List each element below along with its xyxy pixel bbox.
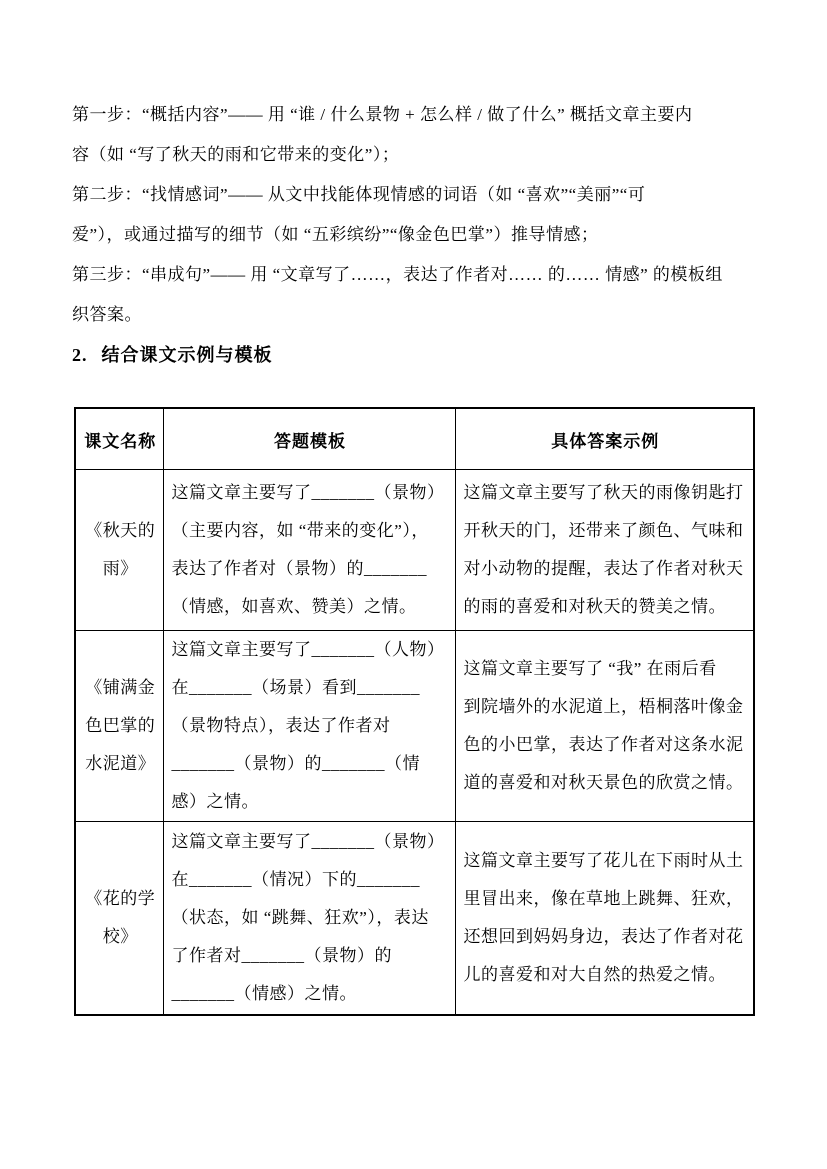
lesson-title-line: 《秋天的 xyxy=(84,512,157,550)
step-3-line-2: 织答案。 xyxy=(72,295,757,335)
template-line: 这篇文章主要写了_______（景物） xyxy=(172,474,449,512)
header-answer-template: 答题模板 xyxy=(163,408,455,470)
lesson-title-line: 校》 xyxy=(84,918,157,956)
table-row: 《铺满金 色巴掌的 水泥道》 这篇文章主要写了_______（人物） 在____… xyxy=(75,631,754,822)
template-cell: 这篇文章主要写了_______（景物） 在_______（情况）下的______… xyxy=(163,822,455,1016)
step-3-line-1: 第三步：“串成句”—— 用 “文章写了……，表达了作者对…… 的…… 情感” 的… xyxy=(72,255,757,295)
table-row: 《秋天的 雨》 这篇文章主要写了_______（景物） （主要内容，如 “带来的… xyxy=(75,470,754,631)
step-paragraph-3: 第三步：“串成句”—— 用 “文章写了……，表达了作者对…… 的…… 情感” 的… xyxy=(72,255,757,335)
examples-table: 课文名称 答题模板 具体答案示例 《秋天的 雨》 这篇文章主要写了_______… xyxy=(74,407,755,1016)
template-line: _______（情感）之情。 xyxy=(172,975,449,1013)
template-cell: 这篇文章主要写了_______（人物） 在_______（场景）看到______… xyxy=(163,631,455,822)
template-line: 在_______（情况）下的_______ xyxy=(172,861,449,899)
section-heading: 2.结合课文示例与模板 xyxy=(72,335,757,375)
lesson-title-line: 雨》 xyxy=(84,550,157,588)
step-2-line-1: 第二步：“找情感词”—— 从文中找能体现情感的词语（如 “喜欢”“美丽”“可 xyxy=(72,175,757,215)
template-line: （状态，如 “跳舞、狂欢”），表达 xyxy=(172,899,449,937)
template-cell: 这篇文章主要写了_______（景物） （主要内容，如 “带来的变化”）， 表达… xyxy=(163,470,455,631)
example-cell: 这篇文章主要写了 “我” 在雨后看 到院墙外的水泥道上，梧桐落叶像金 色的小巴掌… xyxy=(455,631,754,822)
section-heading-number: 2. xyxy=(72,335,88,375)
step-paragraph-1: 第一步：“概括内容”—— 用 “谁 / 什么景物 + 怎么样 / 做了什么” 概… xyxy=(72,95,757,175)
example-line: 到院墙外的水泥道上，梧桐落叶像金 xyxy=(464,688,748,726)
lesson-title-cell: 《花的学 校》 xyxy=(75,822,163,1016)
step-paragraph-2: 第二步：“找情感词”—— 从文中找能体现情感的词语（如 “喜欢”“美丽”“可 爱… xyxy=(72,175,757,255)
step-1-line-1: 第一步：“概括内容”—— 用 “谁 / 什么景物 + 怎么样 / 做了什么” 概… xyxy=(72,95,757,135)
example-line: 这篇文章主要写了花儿在下雨时从土 xyxy=(464,842,748,880)
example-line: 色的小巴掌，表达了作者对这条水泥 xyxy=(464,726,748,764)
lesson-title-cell: 《铺满金 色巴掌的 水泥道》 xyxy=(75,631,163,822)
header-answer-example: 具体答案示例 xyxy=(455,408,754,470)
template-line: （主要内容，如 “带来的变化”）， xyxy=(172,512,449,550)
document-page: 第一步：“概括内容”—— 用 “谁 / 什么景物 + 怎么样 / 做了什么” 概… xyxy=(0,0,827,1016)
template-line: _______（景物）的_______（情 xyxy=(172,745,449,783)
template-line: 在_______（场景）看到_______ xyxy=(172,669,449,707)
template-line: 了作者对_______（景物）的 xyxy=(172,937,449,975)
example-line: 这篇文章主要写了秋天的雨像钥匙打 xyxy=(464,474,748,512)
example-line: 儿的喜爱和对大自然的热爱之情。 xyxy=(464,956,748,994)
template-line: （情感，如喜欢、赞美）之情。 xyxy=(172,588,449,626)
template-line: 这篇文章主要写了_______（人物） xyxy=(172,631,449,669)
section-heading-text: 结合课文示例与模板 xyxy=(102,345,273,365)
lesson-title-line: 《铺满金 xyxy=(84,669,157,707)
lesson-title-line: 色巴掌的 xyxy=(84,707,157,745)
example-cell: 这篇文章主要写了花儿在下雨时从土 里冒出来，像在草地上跳舞、狂欢， 还想回到妈妈… xyxy=(455,822,754,1016)
example-cell: 这篇文章主要写了秋天的雨像钥匙打 开秋天的门，还带来了颜色、气味和 对小动物的提… xyxy=(455,470,754,631)
template-line: （景物特点），表达了作者对 xyxy=(172,707,449,745)
header-lesson-name: 课文名称 xyxy=(75,408,163,470)
example-line: 还想回到妈妈身边，表达了作者对花 xyxy=(464,918,748,956)
template-line: 这篇文章主要写了_______（景物） xyxy=(172,823,449,861)
lesson-title-line: 《花的学 xyxy=(84,880,157,918)
template-line: 感）之情。 xyxy=(172,783,449,821)
lesson-title-cell: 《秋天的 雨》 xyxy=(75,470,163,631)
example-line: 对小动物的提醒，表达了作者对秋天 xyxy=(464,550,748,588)
table-header-row: 课文名称 答题模板 具体答案示例 xyxy=(75,408,754,470)
step-1-line-2: 容（如 “写了秋天的雨和它带来的变化”）； xyxy=(72,135,757,175)
lesson-title-line: 水泥道》 xyxy=(84,745,157,783)
example-line: 的雨的喜爱和对秋天的赞美之情。 xyxy=(464,588,748,626)
example-line: 里冒出来，像在草地上跳舞、狂欢， xyxy=(464,880,748,918)
example-line: 道的喜爱和对秋天景色的欣赏之情。 xyxy=(464,764,748,802)
example-line: 这篇文章主要写了 “我” 在雨后看 xyxy=(464,650,748,688)
example-line: 开秋天的门，还带来了颜色、气味和 xyxy=(464,512,748,550)
step-2-line-2: 爱”），或通过描写的细节（如 “五彩缤纷”“像金色巴掌”）推导情感； xyxy=(72,215,757,255)
table-row: 《花的学 校》 这篇文章主要写了_______（景物） 在_______（情况）… xyxy=(75,822,754,1016)
template-line: 表达了作者对（景物）的_______ xyxy=(172,550,449,588)
